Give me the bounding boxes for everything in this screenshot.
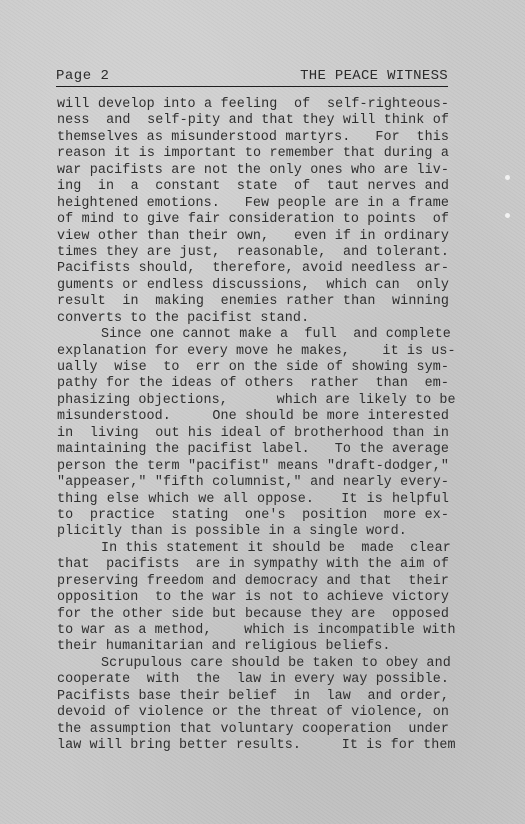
text-line: the assumption that voluntary cooperatio… [57, 722, 449, 738]
text-line: to war as a method, which is incompatibl… [57, 623, 449, 639]
text-line: Scrupulous care should be taken to obey … [57, 656, 449, 672]
text-line: times they are just, reasonable, and tol… [57, 245, 449, 261]
text-line: ing in a constant state of taut nerves a… [57, 179, 449, 195]
text-line: war pacifists are not the only ones who … [57, 163, 449, 179]
paper-speck [505, 213, 510, 218]
text-line: their humanitarian and religious beliefs… [57, 639, 449, 655]
text-line: In this statement it should be made clea… [57, 541, 449, 557]
text-line: law will bring better results. It is for… [57, 738, 449, 754]
publication-title: THE PEACE WITNESS [300, 68, 448, 84]
text-line: pathy for the ideas of others rather tha… [57, 376, 449, 392]
text-line: that pacifists are in sympathy with the … [57, 557, 449, 573]
text-line: preserving freedom and democracy and tha… [57, 574, 449, 590]
text-line: will develop into a feeling of self-righ… [57, 97, 449, 113]
text-line: of mind to give fair consideration to po… [57, 212, 449, 228]
text-line: devoid of violence or the threat of viol… [57, 705, 449, 721]
text-line: converts to the pacifist stand. [57, 311, 449, 327]
paper-speck [505, 175, 510, 180]
text-line: to practice stating one's position more … [57, 508, 449, 524]
article-body: will develop into a feeling of self-righ… [57, 97, 449, 755]
text-line: guments or endless discussions, which ca… [57, 278, 449, 294]
page-header: Page 2 THE PEACE WITNESS [56, 68, 448, 87]
text-line: explanation for every move he makes, it … [57, 344, 449, 360]
text-line: maintaining the pacifist label. To the a… [57, 442, 449, 458]
text-line: Pacifists base their belief in law and o… [57, 689, 449, 705]
text-line: ness and self-pity and that they will th… [57, 113, 449, 129]
text-line: for the other side but because they are … [57, 607, 449, 623]
text-line: thing else which we all oppose. It is he… [57, 492, 449, 508]
text-line: reason it is important to remember that … [57, 146, 449, 162]
text-line: cooperate with the law in every way poss… [57, 672, 449, 688]
text-line: result in making enemies rather than win… [57, 294, 449, 310]
text-line: Pacifists should, therefore, avoid needl… [57, 261, 449, 277]
text-line: "appeaser," "fifth columnist," and nearl… [57, 475, 449, 491]
text-line: misunderstood. One should be more intere… [57, 409, 449, 425]
page-number: Page 2 [56, 68, 109, 84]
text-line: plicitly than is possible in a single wo… [57, 524, 449, 540]
text-line: view other than their own, even if in or… [57, 229, 449, 245]
text-line: phasizing objections, which are likely t… [57, 393, 449, 409]
text-line: heightened emotions. Few people are in a… [57, 196, 449, 212]
text-line: ually wise to err on the side of showing… [57, 360, 449, 376]
text-line: in living out his ideal of brotherhood t… [57, 426, 449, 442]
text-line: themselves as misunderstood martyrs. For… [57, 130, 449, 146]
text-line: opposition to the war is not to achieve … [57, 590, 449, 606]
text-line: person the term "pacifist" means "draft-… [57, 459, 449, 475]
text-line: Since one cannot make a full and complet… [57, 327, 449, 343]
